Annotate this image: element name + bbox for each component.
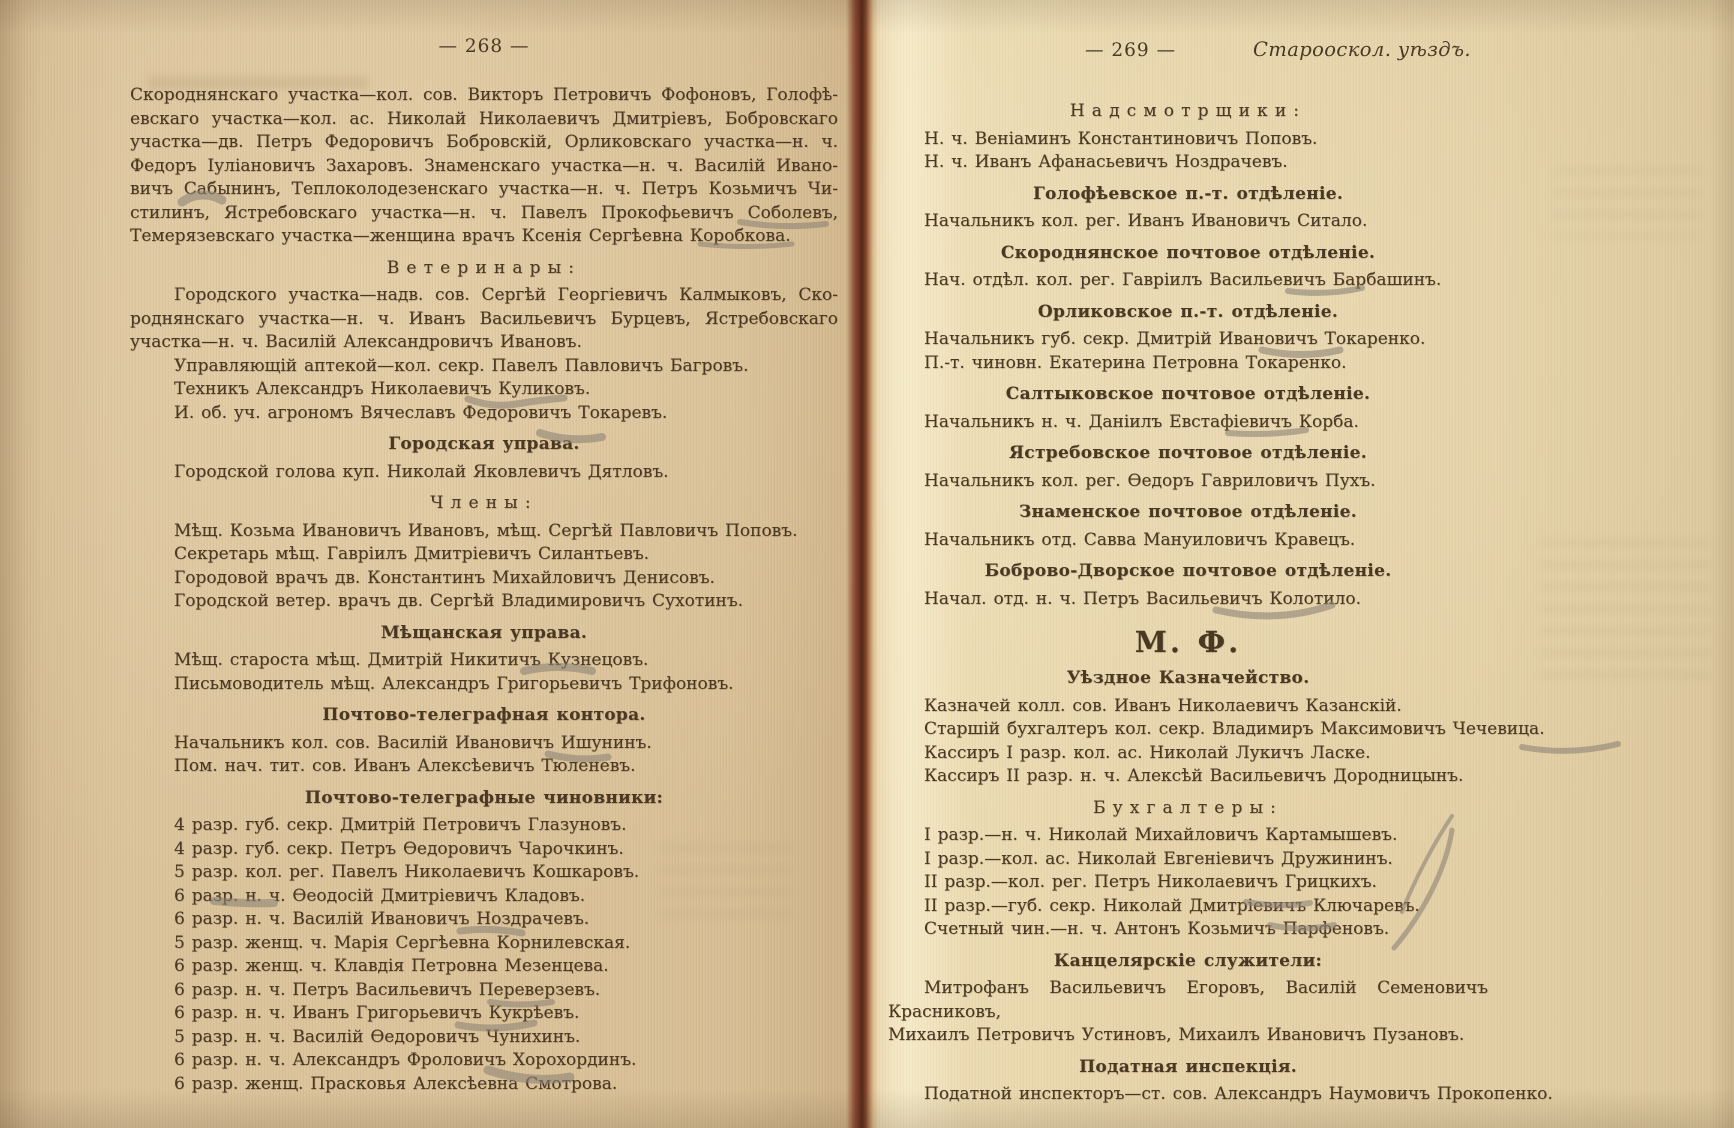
bleedthrough-ghost [1540, 540, 1710, 680]
text-line: участка—дв. Петръ Федоровичъ Бобровскій,… [130, 131, 838, 155]
text-line: евскаго участка—кол. ас. Николай Николае… [130, 108, 838, 132]
text-line: Начальникъ губ. секр. Дмитрій Ивановичъ … [888, 328, 1488, 352]
text-line: II разр.—губ. секр. Николай Дмитріевичъ … [888, 895, 1488, 919]
text-line: I разр.—кол. ас. Николай Евгеніевичъ Дру… [888, 848, 1488, 872]
text-line: П.-т. чиновн. Екатерина Петровна Токарен… [888, 352, 1488, 376]
text-line: М. Ф. [888, 625, 1488, 659]
page-269-header: — 269 — Старооскол. уѣздъ. [888, 40, 1628, 66]
text-line: Михаилъ Петровичъ Устиновъ, Михаилъ Иван… [888, 1024, 1488, 1048]
text-line: роднянскаго участка—н. ч. Иванъ Васильев… [130, 308, 838, 332]
text-line: стилинъ, Ястребовскаго участка—н. ч. Пав… [130, 202, 838, 226]
text-line: Члены: [130, 492, 838, 516]
text-line: Н. ч. Веніаминъ Константиновичъ Поповъ. [888, 128, 1488, 152]
text-line: Н. ч. Иванъ Афанасьевичъ Ноздрачевъ. [888, 151, 1488, 175]
text-line: Нач. отдѣл. кол. рег. Гавріилъ Васильеви… [888, 269, 1488, 293]
text-line: Техникъ Александръ Николаевичъ Куликовъ. [130, 378, 838, 402]
bleedthrough-ghost [1552, 168, 1702, 238]
text-line: Скороднянскаго участка—кол. сов. Викторъ… [130, 84, 838, 108]
text-line: Управляющій аптекой—кол. секр. Павелъ Па… [130, 355, 838, 379]
text-line: Темерязевскаго участка—женщина врачъ Ксе… [130, 225, 838, 249]
text-line: 6 разр. женщ. ч. Клавдія Петровна Мезенц… [130, 955, 838, 979]
text-line: Надсмотрщики: [888, 100, 1488, 124]
text-line: Почтово-телеграфная контора. [130, 704, 838, 728]
text-line: 5 разр. женщ. ч. Марія Сергѣевна Корниле… [130, 932, 838, 956]
text-line: Бухгалтеры: [888, 797, 1488, 821]
text-line: Письмоводитель мѣщ. Александръ Григорьев… [130, 673, 838, 697]
text-line: Начальникъ отд. Савва Мануиловичъ Кравец… [888, 529, 1488, 553]
page-268-header: — 268 — [130, 36, 838, 57]
text-line: 6 разр. н. ч. Петръ Васильевичъ Переверз… [130, 979, 838, 1003]
text-line: 5 разр. кол. рег. Павелъ Николаевичъ Кош… [130, 861, 838, 885]
text-line: Знаменское почтовое отдѣленіе. [888, 501, 1488, 525]
text-line: 6 разр. н. ч. Иванъ Григорьевичъ Кукрѣев… [130, 1002, 838, 1026]
text-line: Ветеринары: [130, 257, 838, 281]
text-line: 6 разр. н. ч. Василій Ивановичъ Ноздраче… [130, 908, 838, 932]
text-line: Казначей колл. сов. Иванъ Николаевичъ Ка… [888, 695, 1488, 719]
text-line: Городского участка—надв. сов. Сергѣй Гео… [130, 284, 838, 308]
text-line: 6 разр. н. ч. Александръ Фроловичъ Хорох… [130, 1049, 838, 1073]
page-268-text: Скороднянскаго участка—кол. сов. Викторъ… [130, 84, 838, 1096]
text-line: 6 разр. н. ч. Ѳеодосій Дмитріевичъ Кладо… [130, 885, 838, 909]
text-line: Салтыковское почтовое отдѣленіе. [888, 383, 1488, 407]
text-line: Городская управа. [130, 433, 838, 457]
text-line: Скороднянское почтовое отдѣленіе. [888, 242, 1488, 266]
text-line: Начал. отд. н. ч. Петръ Васильевичъ Коло… [888, 588, 1488, 612]
text-line: 6 разр. женщ. Прасковья Алексѣевна Смотр… [130, 1073, 838, 1097]
text-line: вичъ Сабынинъ, Теплоколодезенскаго участ… [130, 178, 838, 202]
text-line: Городской голова куп. Николай Яковлевичъ… [130, 461, 838, 485]
text-line: Пом. нач. тит. сов. Иванъ Алексѣевичъ Тю… [130, 755, 838, 779]
text-line: Податной инспекторъ—ст. сов. Александръ … [888, 1083, 1488, 1107]
text-line: Мѣщ. староста мѣщ. Дмитрій Никитичъ Кузн… [130, 649, 838, 673]
text-line: 4 разр. губ. секр. Дмитрій Петровичъ Гла… [130, 814, 838, 838]
text-line: 5 разр. н. ч. Василій Ѳедоровичъ Чунихин… [130, 1026, 838, 1050]
text-line: Канцелярскіе служители: [888, 950, 1488, 974]
text-line: I разр.—н. ч. Николай Михайловичъ Картам… [888, 824, 1488, 848]
text-line: Городской ветер. врачъ дв. Сергѣй Владим… [130, 590, 838, 614]
text-line: Мѣщ. Козьма Ивановичъ Ивановъ, мѣщ. Серг… [130, 520, 838, 544]
text-line: Ястребовское почтовое отдѣленіе. [888, 442, 1488, 466]
text-line: Орликовское п.-т. отдѣленіе. [888, 301, 1488, 325]
page-number-right: — 269 — [1085, 40, 1176, 61]
running-title: Старооскол. уѣздъ. [1253, 38, 1471, 61]
text-line: Кассиръ II разр. н. ч. Алексѣй Васильеви… [888, 765, 1488, 789]
text-line: Старшій бухгалтеръ кол. секр. Владимиръ … [888, 718, 1488, 742]
text-line: И. об. уч. агрономъ Вячеславъ Федоровичъ… [130, 402, 838, 426]
text-line: Мѣщанская управа. [130, 622, 838, 646]
text-line: Секретарь мѣщ. Гавріилъ Дмитріевичъ Сила… [130, 543, 838, 567]
text-line: Кассиръ I разр. кол. ас. Николай Лукичъ … [888, 742, 1488, 766]
page-number-left: — 268 — [438, 36, 529, 57]
book-gutter [846, 0, 878, 1128]
text-line: Счетный чин.—н. ч. Антонъ Козьмичъ Парфе… [888, 918, 1488, 942]
text-line: Начальникъ н. ч. Даніилъ Евстафіевичъ Ко… [888, 411, 1488, 435]
book-scan: — 268 — — 269 — Старооскол. уѣздъ. Скоро… [0, 0, 1734, 1128]
text-line: Начальникъ кол. рег. Иванъ Ивановичъ Сит… [888, 210, 1488, 234]
text-line: Начальникъ кол. сов. Василій Ивановичъ И… [130, 732, 838, 756]
text-line: Митрофанъ Васильевичъ Егоровъ, Василій С… [888, 977, 1488, 1024]
text-line: II разр.—кол. рег. Петръ Николаевичъ Гри… [888, 871, 1488, 895]
text-line: Боброво-Дворское почтовое отдѣленіе. [888, 560, 1488, 584]
page-269-text: Надсмотрщики:Н. ч. Веніаминъ Константино… [888, 92, 1488, 1107]
text-line: Податная инспекція. [888, 1056, 1488, 1080]
text-line: Начальникъ кол. рег. Ѳедоръ Гавриловичъ … [888, 470, 1488, 494]
text-line: Федоръ Іуліановичъ Захаровъ. Знаменскаго… [130, 155, 838, 179]
text-line: Голофѣевское п.-т. отдѣленіе. [888, 183, 1488, 207]
text-line: Почтово-телеграфные чиновники: [130, 787, 838, 811]
text-line: Городовой врачъ дв. Константинъ Михайлов… [130, 567, 838, 591]
text-line: участка—н. ч. Василій Александровичъ Ива… [130, 331, 838, 355]
text-line: Уѣздное Казначейство. [888, 667, 1488, 691]
text-line: 4 разр. губ. секр. Петръ Ѳедоровичъ Чаро… [130, 838, 838, 862]
